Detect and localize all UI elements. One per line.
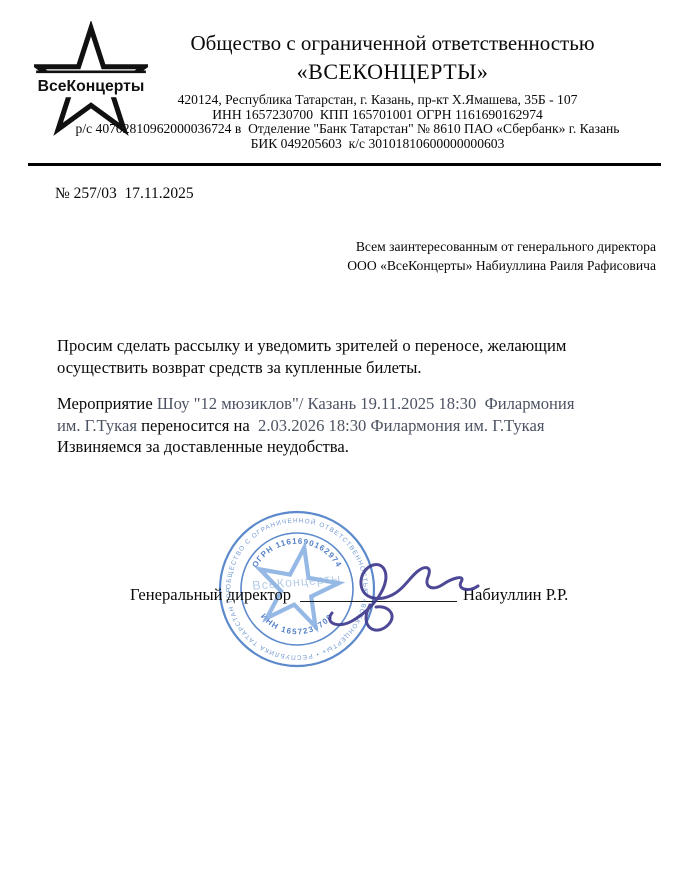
handwritten-signature: [318, 549, 488, 644]
signer-role-label: Генеральный директор: [130, 585, 291, 605]
org-name-line1: Общество с ограниченной ответственностью: [120, 31, 665, 56]
body-text-segment: переносится на: [141, 416, 254, 435]
signature-ink-icon: [318, 549, 488, 644]
org-bank-details: р/с 40702810962000036724 в Отделение "Ба…: [30, 121, 665, 137]
addressee-block: Всем заинтересованным от генерального ди…: [347, 237, 656, 276]
body-paragraph-1: Просим сделать рассылку и уведомить зрит…: [57, 335, 582, 378]
org-address: 420124, Республика Татарстан, г. Казань,…: [90, 92, 665, 108]
org-name-line2: «ВСЕКОНЦЕРТЫ»: [120, 59, 665, 85]
body-text-segment: Мероприятие: [57, 394, 157, 413]
addressee-line1: Всем заинтересованным от генерального ди…: [347, 237, 656, 256]
body-text-segment: 2.03.2026 18:30 Филармония им. Г.Тукая: [254, 416, 545, 435]
body-paragraph-2: Мероприятие Шоу "12 мюзиклов"/ Казань 19…: [57, 393, 582, 458]
addressee-line2: ООО «ВсеКонцерты» Набиуллина Раиля Рафис…: [347, 256, 656, 275]
doc-number-date: № 257/03 17.11.2025: [55, 185, 194, 203]
org-bik: БИК 049205603 к/с 30101810600000000603: [90, 136, 665, 152]
header-divider: [28, 163, 661, 166]
body-text-segment: Извиняемся за доставленные неудобства.: [57, 437, 349, 456]
letter-page: ВсеКонцерты Общество с ограниченной отве…: [0, 0, 689, 876]
